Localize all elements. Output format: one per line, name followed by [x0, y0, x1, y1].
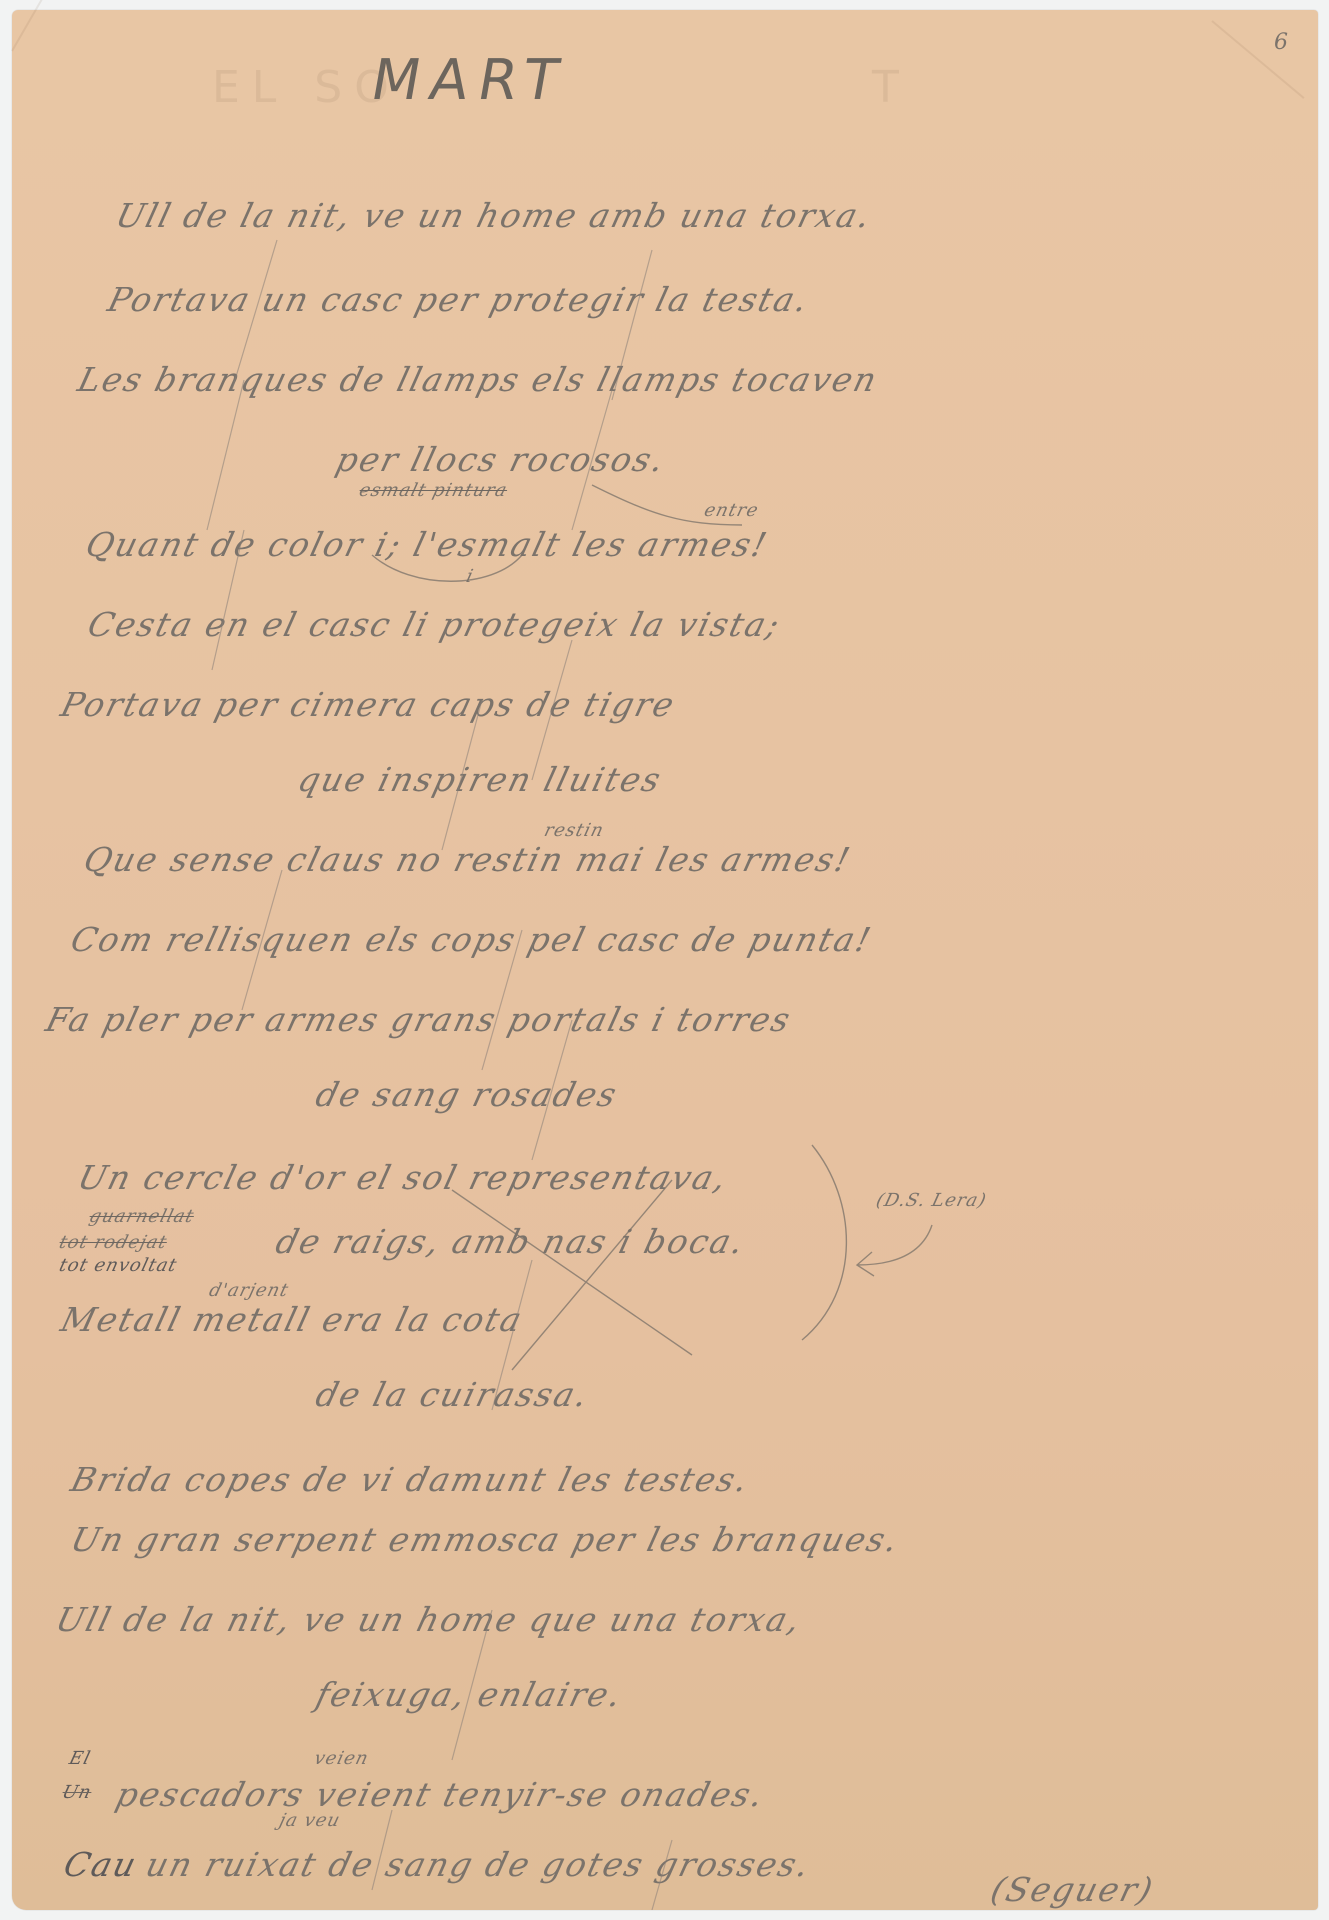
- pencil-marks: [12, 10, 1318, 1910]
- manuscript-page: EL SO T MART 6 Ull de la nit, ve un home…: [12, 10, 1318, 1910]
